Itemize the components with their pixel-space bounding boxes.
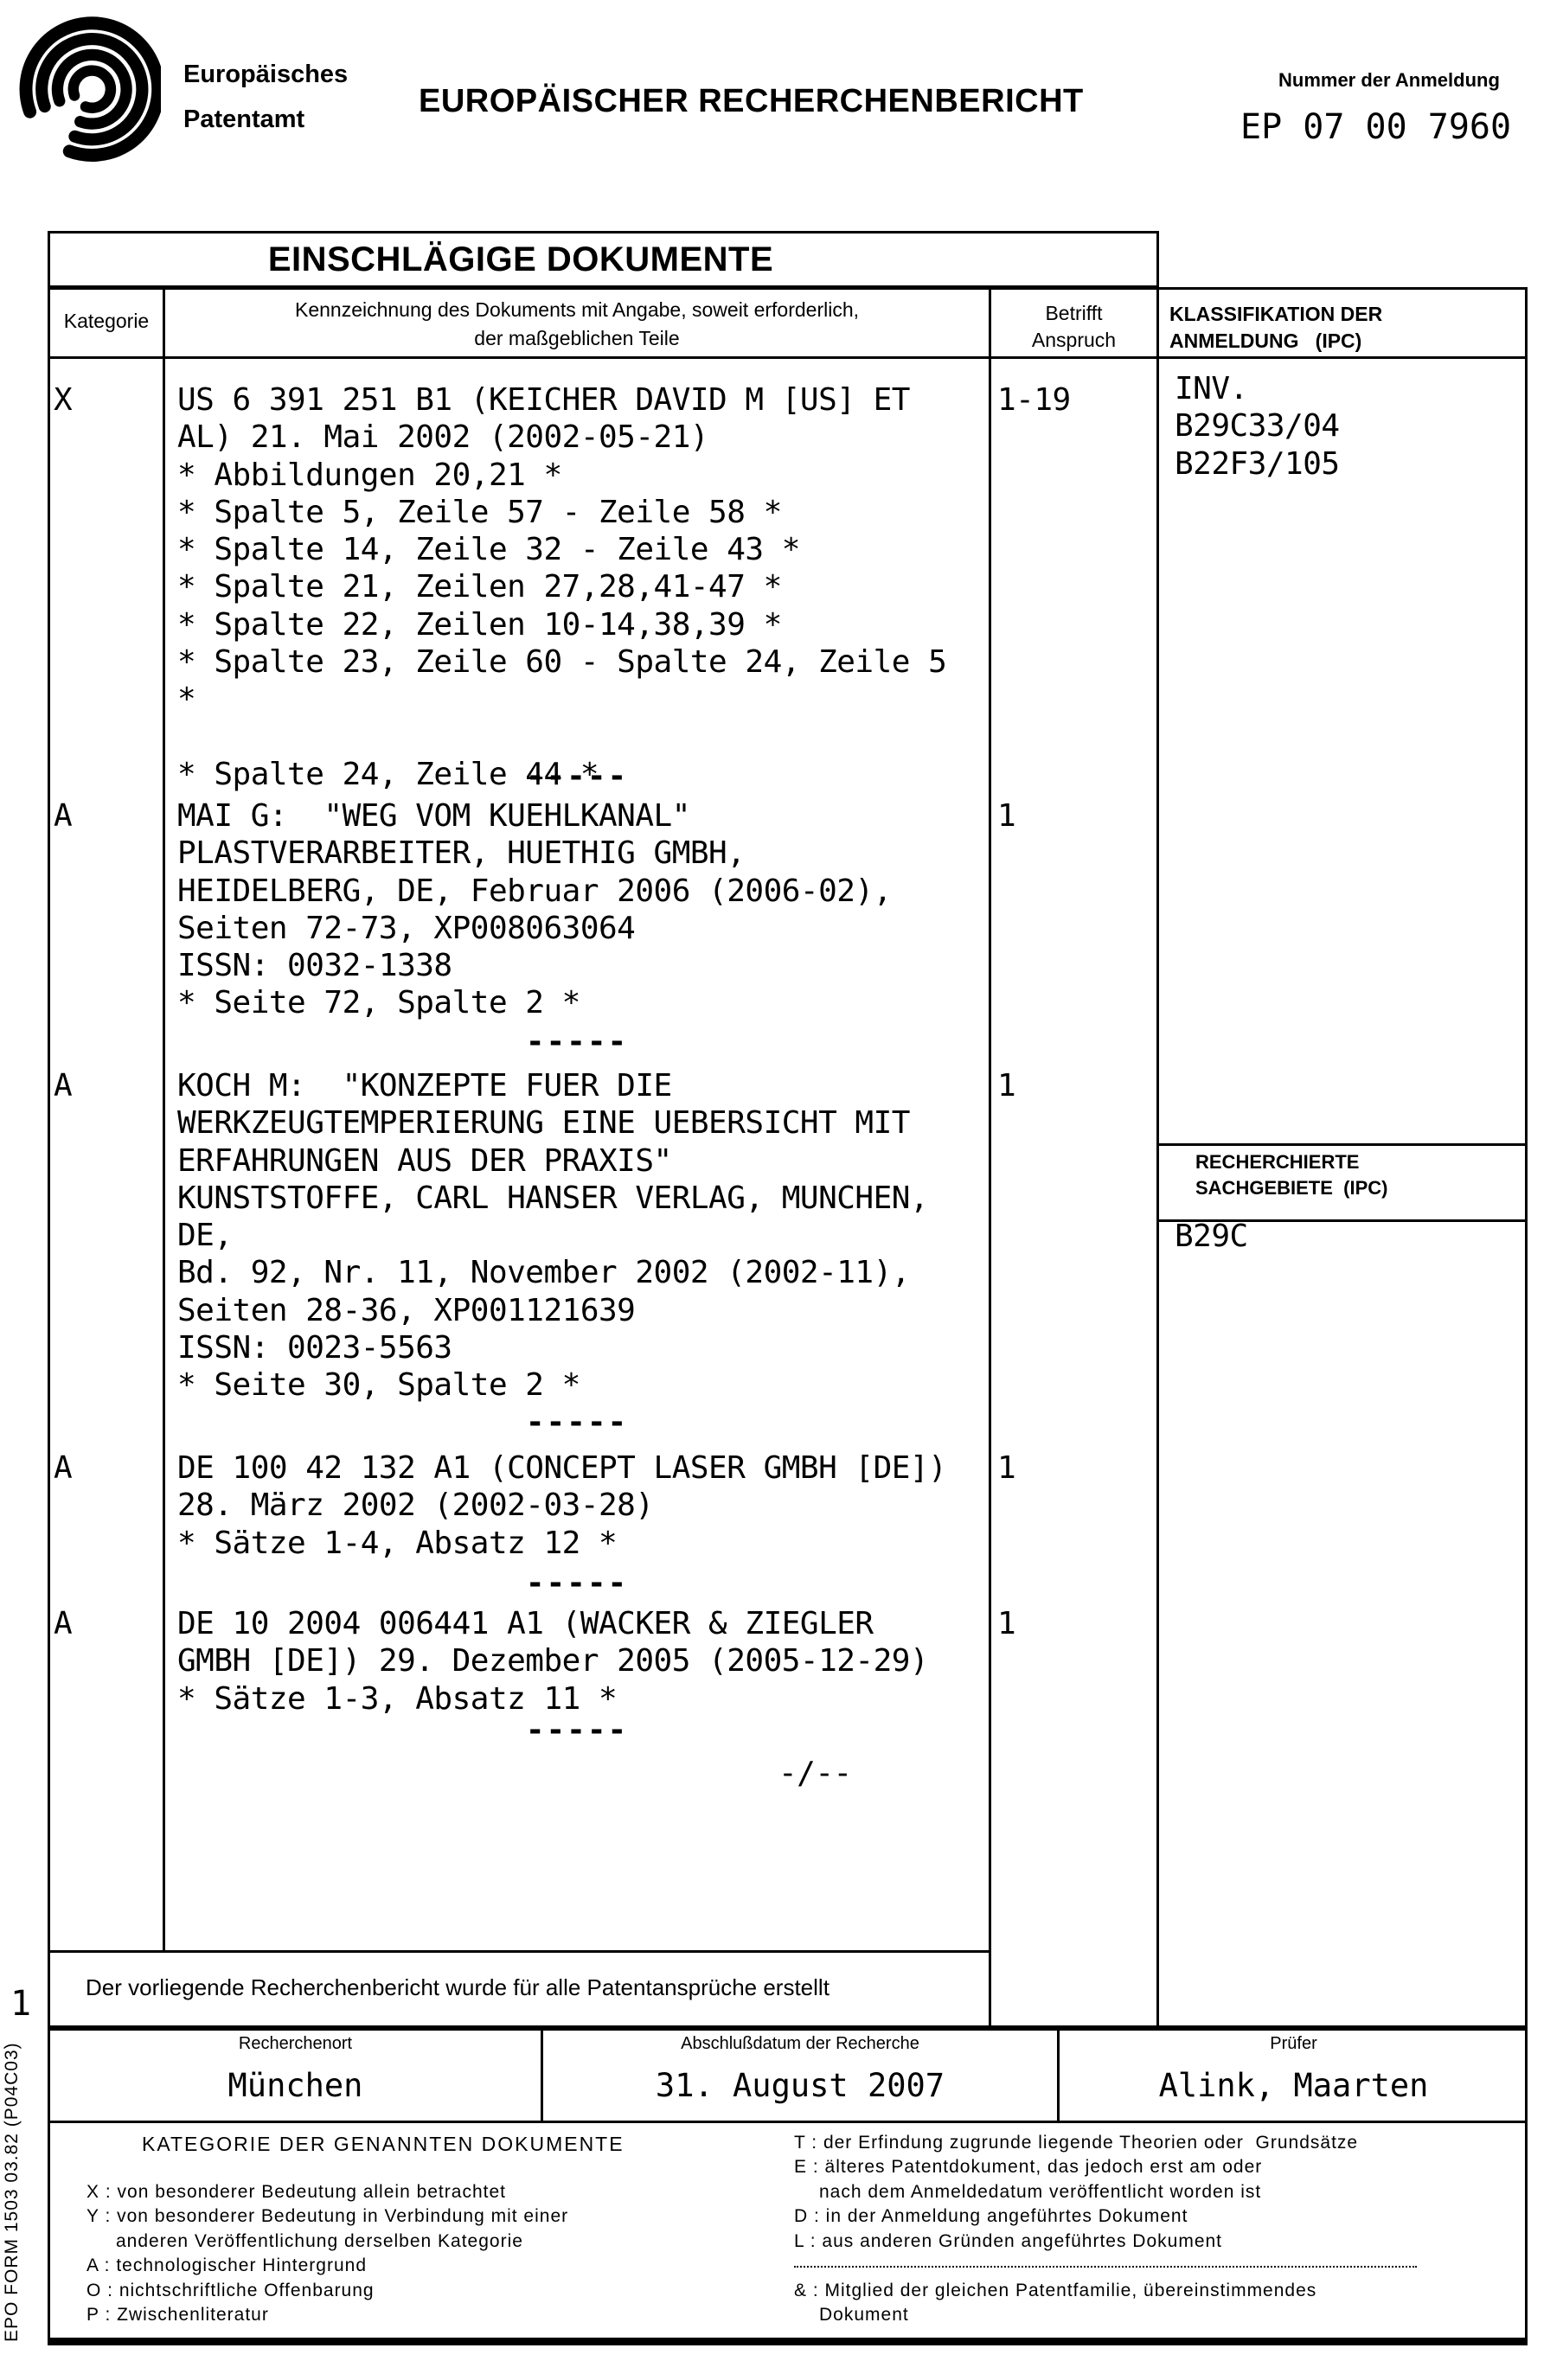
legend-right-t: T : der Erfindung zugrunde liegende Theo…	[794, 2133, 1358, 2153]
entry-citation: DE 10 2004 006441 A1 (WACKER & ZIEGLER G…	[177, 1605, 928, 1718]
section-title: EINSCHLÄGIGE DOKUMENTE	[88, 240, 953, 279]
entry-category: A	[54, 1067, 72, 1104]
place-value: München	[50, 2067, 541, 2104]
searched-fields-label-line1: RECHERCHIERTE	[1195, 1151, 1359, 1174]
examiner-value: Alink, Maarten	[1060, 2067, 1528, 2104]
category-column-label: Kategorie	[48, 310, 165, 333]
legend-left-o: O : nichtschriftliche Offenbarung	[86, 2281, 375, 2301]
legend-title: KATEGORIE DER GENANNTEN DOKUMENTE	[142, 2133, 625, 2156]
office-name-line1: Europäisches	[183, 61, 348, 89]
epo-logo-icon	[17, 7, 161, 173]
date-label: Abschlußdatum der Recherche	[543, 2034, 1057, 2054]
date-value: 31. August 2007	[543, 2067, 1057, 2104]
legend-right-d: D : in der Anmeldung angeführtes Dokumen…	[794, 2206, 1188, 2227]
examiner-label: Prüfer	[1060, 2034, 1528, 2054]
continuation-mark: -/--	[778, 1755, 852, 1792]
form-id-vertical: EPO FORM 1503 03.82 (P04C03)	[2, 2032, 22, 2342]
searched-fields-value: B29C	[1175, 1218, 1248, 1255]
legend-left-y-cont: anderen Veröffentlichung derselben Kateg…	[116, 2231, 523, 2252]
legend-right-e-cont: nach dem Anmeldedatum veröffentlicht wor…	[819, 2182, 1261, 2203]
report-title: EUROPÄISCHER RECHERCHENBERICHT	[419, 83, 1084, 120]
entry-category: X	[54, 381, 72, 419]
entry-category: A	[54, 797, 72, 835]
legend-right-family-cont: Dokument	[819, 2305, 909, 2326]
entry-claims: 1	[997, 797, 1015, 835]
entry-citation: KOCH M: "KONZEPTE FUER DIE WERKZEUGTEMPE…	[177, 1067, 928, 1404]
legend-left-y: Y : von besonderer Bedeutung in Verbindu…	[86, 2206, 568, 2227]
entry-claims: 1	[997, 1605, 1015, 1642]
legend-left-x: X : von besonderer Bedeutung allein betr…	[86, 2182, 506, 2203]
entry-citation: MAI G: "WEG VOM KUEHLKANAL" PLASTVERARBE…	[177, 797, 892, 1022]
legend-right-e: E : älteres Patentdokument, das jedoch e…	[794, 2157, 1262, 2178]
entry-citation: DE 100 42 132 A1 (CONCEPT LASER GMBH [DE…	[177, 1449, 946, 1562]
searched-fields-body	[1156, 1219, 1528, 2028]
entry-separator: -----	[163, 1404, 991, 1440]
classification-column-label-line2: ANMELDUNG (IPC)	[1169, 329, 1361, 353]
application-number-label: Nummer der Anmeldung	[1278, 69, 1500, 92]
entry-separator: -----	[163, 758, 991, 794]
search-report-page: { "header": { "office_line1": "Europäisc…	[0, 0, 1563, 2380]
classification-values: INV. B29C33/04 B22F3/105	[1175, 370, 1340, 483]
citation-column-label-line1: Kennzeichnung des Dokuments mit Angabe, …	[163, 298, 991, 322]
entry-separator: -----	[163, 1024, 991, 1059]
entry-category: A	[54, 1605, 72, 1642]
legend-right-family: & : Mitglied der gleichen Patentfamilie,…	[794, 2281, 1316, 2301]
application-number: EP 07 00 7960	[1240, 107, 1511, 147]
entry-citation: US 6 391 251 B1 (KEICHER DAVID M [US] ET…	[177, 381, 946, 793]
claims-column-label-line2: Anspruch	[989, 329, 1159, 352]
entry-separator: -----	[163, 1712, 991, 1748]
entry-claims: 1	[997, 1067, 1015, 1104]
legend-left-a: A : technologischer Hintergrund	[86, 2255, 367, 2276]
statement-text: Der vorliegende Recherchenbericht wurde …	[86, 1974, 830, 2001]
entry-claims: 1-19	[997, 381, 1071, 419]
entry-category: A	[54, 1449, 72, 1487]
citation-column-label-line2: der maßgeblichen Teile	[163, 327, 991, 350]
category-column-body	[48, 356, 165, 1953]
place-label: Recherchenort	[50, 2034, 541, 2054]
classification-column-label-line1: KLASSIFIKATION DER	[1169, 303, 1382, 326]
entry-separator: -----	[163, 1565, 991, 1601]
sheet-number: 1	[10, 1984, 31, 2024]
legend-left-p: P : Zwischenliteratur	[86, 2305, 269, 2326]
office-name-line2: Patentamt	[183, 106, 304, 134]
searched-fields-label-line2: SACHGEBIETE (IPC)	[1195, 1177, 1387, 1200]
claims-column-body	[989, 356, 1159, 2028]
legend-right-l: L : aus anderen Gründen angeführtes Doku…	[794, 2231, 1222, 2252]
entry-claims: 1	[997, 1449, 1015, 1487]
legend-dotted-divider	[794, 2266, 1417, 2268]
claims-column-label-line1: Betrifft	[989, 302, 1159, 325]
